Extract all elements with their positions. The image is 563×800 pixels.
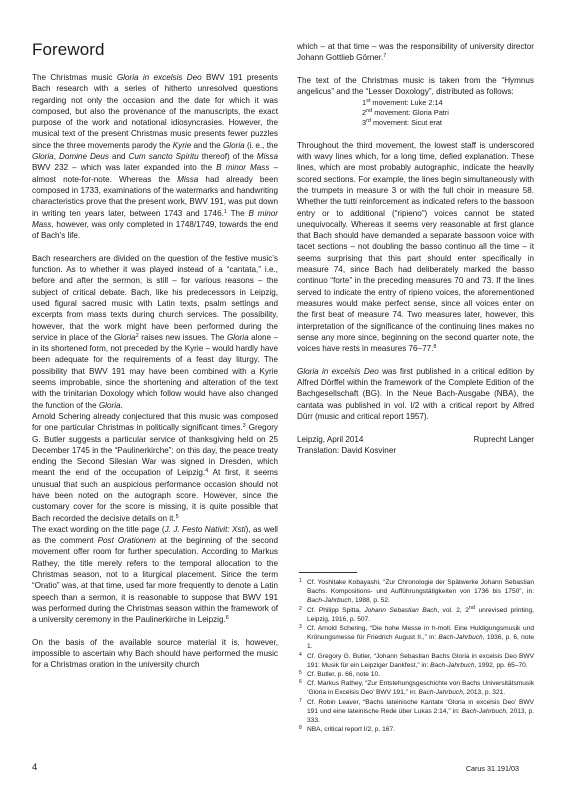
footnote-divider [299, 572, 357, 573]
paragraph-function: Bach researchers are divided on the ques… [32, 253, 278, 411]
footnote-ref[interactable]: 5 [176, 514, 179, 520]
catalog-number: Carus 31.191/03 [466, 764, 519, 773]
footnote-2: 2Cf. Philipp Spitta, Johann Sebastian Ba… [297, 606, 534, 624]
footnote-ref[interactable]: 7 [383, 53, 386, 59]
movement-item: 2nd movement: Gloria Patri [362, 108, 534, 118]
signature-block: Leipzig, April 2014 Ruprecht Langer Tran… [297, 434, 534, 457]
page-number: 4 [32, 762, 37, 773]
footnote-7: 7Cf. Robin Leaver, “Bachs lateinische Ka… [297, 698, 534, 726]
footnote-4: 4Cf. Gregory G. Butler, “Johann Sebastia… [297, 652, 534, 670]
left-column: The Christmas music Gloria in excelsis D… [32, 72, 278, 671]
footnote-5: 5Cf. Butler, p. 66, note 10. [297, 670, 534, 679]
paragraph-text-source: The text of the Christmas music is taken… [297, 75, 534, 98]
page-title: Foreword [32, 40, 105, 60]
movement-item: 1st movement: Luke 2:14 [362, 98, 534, 108]
paragraph-intro: The Christmas music Gloria in excelsis D… [32, 72, 278, 241]
footnote-ref[interactable]: 6 [226, 615, 229, 621]
translation-credit: Translation: David Kosviner [297, 445, 534, 456]
footnote-1: 1Cf. Yoshitake Kobayashi, “Zur Chronolog… [297, 578, 534, 606]
paragraph-title-page: The exact wording on the title page (J. … [32, 524, 278, 626]
paragraph-schering: Arnold Schering already conjectured that… [32, 411, 278, 524]
movement-list: 1st movement: Luke 2:14 2nd movement: Gl… [362, 98, 534, 128]
footnote-8: 8NBA, critical report I/2, p. 167. [297, 725, 534, 734]
paragraph-continuation: which – at that time – was the responsib… [297, 41, 534, 64]
paragraph-publication: Gloria in excelsis Deo was first publish… [297, 366, 534, 422]
author-name: Ruprecht Langer [473, 434, 534, 445]
right-column: which – at that time – was the responsib… [297, 41, 534, 456]
movement-item: 3rd movement: Sicut erat [362, 118, 534, 128]
footnote-ref[interactable]: 8 [433, 344, 436, 350]
paragraph-wavy-lines: Throughout the third movement, the lowes… [297, 140, 534, 355]
paragraph-source-material: On the basis of the available source mat… [32, 637, 278, 671]
footnotes: 1Cf. Yoshitake Kobayashi, “Zur Chronolog… [297, 572, 534, 734]
place-date: Leipzig, April 2014 [297, 434, 363, 445]
footnote-3: 3Cf. Arnold Schering, “Die hohe Messe in… [297, 624, 534, 652]
footnote-6: 6Cf. Markus Rathey, “Zur Entstehungsgesc… [297, 679, 534, 697]
